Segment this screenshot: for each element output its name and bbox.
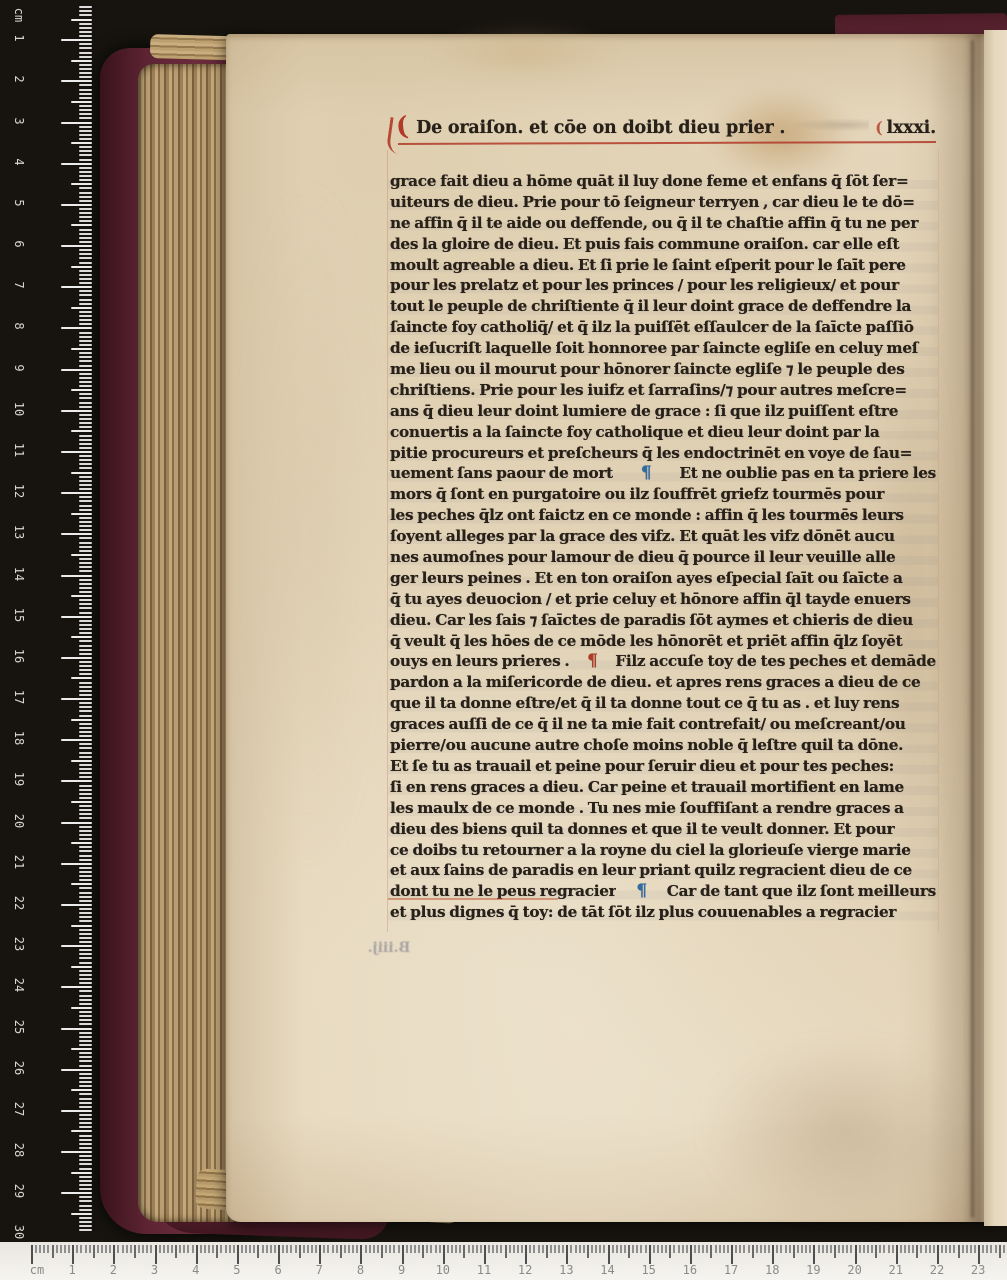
ruler-tick — [920, 1245, 922, 1253]
ruler-tick — [79, 846, 92, 848]
ruler-tick — [79, 1217, 92, 1219]
ruler-tick — [79, 319, 92, 321]
ruler-tick — [79, 715, 92, 717]
ruler-tick — [323, 1245, 325, 1253]
ruler-number: 28 — [12, 1137, 26, 1163]
ruler-tick — [79, 352, 92, 354]
ruler-tick — [262, 1245, 264, 1253]
ruler-tick — [79, 43, 92, 45]
ruler-tick — [79, 583, 92, 585]
ruler-tick — [183, 1245, 185, 1253]
ruler-tick — [492, 1245, 494, 1253]
body-line: de ieſucriſt laquelle ſoit honnoree par … — [390, 338, 936, 359]
ruler-tick — [79, 249, 92, 251]
ruler-tick — [739, 1245, 741, 1253]
ruler-tick — [89, 1245, 91, 1253]
ruler-tick — [79, 620, 92, 622]
ruler-tick — [79, 624, 92, 626]
ruler-tick — [241, 1245, 243, 1253]
ruler-tick — [79, 908, 92, 910]
ruler-tick — [583, 1245, 585, 1253]
ruler-tick — [61, 122, 92, 124]
ruler-number: 22 — [930, 1263, 944, 1277]
ruler-tick — [727, 1245, 729, 1253]
ruler-tick — [661, 1245, 663, 1253]
ruler-tick — [657, 1245, 659, 1253]
gutter-crease — [971, 40, 974, 1218]
ruler-tick — [79, 278, 92, 280]
body-line: q̄ tu ayes deuocion / et prie celuy et h… — [390, 589, 936, 610]
ruler-tick — [79, 187, 92, 189]
ruler-tick — [79, 1098, 92, 1100]
ruler-tick — [79, 14, 92, 16]
ruler-tick — [624, 1245, 626, 1253]
ruler-tick — [422, 1245, 424, 1258]
ruler-tick — [79, 138, 92, 140]
ruler-tick — [179, 1245, 181, 1253]
ruler-tick — [79, 1118, 92, 1120]
ruler-tick — [79, 566, 92, 568]
ruler-tick — [138, 1245, 140, 1253]
ruler-tick — [79, 710, 92, 712]
ruler-tick — [163, 1245, 165, 1253]
ruler-tick — [79, 488, 92, 490]
ruler-tick — [79, 463, 92, 465]
ruler-tick — [117, 1245, 119, 1253]
ruler-tick — [71, 224, 92, 226]
ruler-tick — [71, 307, 92, 309]
ruler-tick — [719, 1245, 721, 1253]
ruler-tick — [356, 1245, 358, 1253]
body-text: grace fait dieu a hōme quāt il luy done … — [390, 171, 936, 923]
ruler-tick — [776, 1245, 778, 1253]
ruler-tick — [208, 1245, 210, 1253]
ruler-tick — [888, 1245, 890, 1253]
body-line: nes aumoſnes pour lamour de dieu q̄ pour… — [390, 547, 936, 568]
ruler-tick — [451, 1245, 453, 1253]
ruler-tick — [958, 1245, 960, 1258]
ruler-tick — [426, 1245, 428, 1253]
ruler-tick — [772, 1245, 774, 1264]
bottom-ruler: cm1234567891011121314151617181920212223 — [0, 1242, 1007, 1280]
ruler-tick — [79, 422, 92, 424]
ruler-tick — [79, 867, 92, 869]
ruler-tick — [579, 1245, 581, 1253]
ruler-tick — [225, 1245, 227, 1253]
ruler-tick — [134, 1245, 136, 1258]
ruler-number: 12 — [518, 1263, 532, 1277]
ruler-tick — [79, 134, 92, 136]
ruler-tick — [286, 1245, 288, 1253]
ruler-tick — [61, 616, 92, 618]
ruler-tick — [79, 1209, 92, 1211]
ruler-tick — [79, 64, 92, 66]
ruler-tick — [79, 480, 92, 482]
ruler-tick — [79, 196, 92, 198]
ruler-tick — [79, 756, 92, 758]
ruler-tick — [71, 389, 92, 391]
ruler-tick — [463, 1245, 465, 1258]
ruler-tick — [79, 706, 92, 708]
ruler-tick — [79, 426, 92, 428]
ruler-tick — [79, 311, 92, 313]
ruler-tick — [79, 727, 92, 729]
ruler-tick — [79, 855, 92, 857]
ruler-number: 17 — [12, 684, 26, 710]
ruler-number: 6 — [12, 231, 26, 257]
ruler-tick — [702, 1245, 704, 1253]
ruler-tick — [79, 916, 92, 918]
ruler-tick — [373, 1245, 375, 1253]
ruler-tick — [79, 1093, 92, 1095]
ruler-tick — [60, 1245, 62, 1253]
ruler-tick — [79, 1019, 92, 1021]
ruler-tick — [562, 1245, 564, 1253]
ruler-tick — [79, 150, 92, 152]
ruler-tick — [871, 1245, 873, 1253]
ruler-tick — [79, 920, 92, 922]
ruler-tick — [79, 241, 92, 243]
ruler-tick — [159, 1245, 161, 1253]
ruler-tick — [79, 562, 92, 564]
ruler-tick — [79, 365, 92, 367]
ruler-tick — [79, 381, 92, 383]
ruler-tick — [79, 476, 92, 478]
ruler-number: 10 — [12, 396, 26, 422]
ruler-tick — [79, 974, 92, 976]
ruler-tick — [61, 863, 92, 865]
ruler-tick — [855, 1245, 857, 1264]
ruler-number: 15 — [641, 1263, 655, 1277]
ruler-tick — [645, 1245, 647, 1253]
ruler-tick — [79, 937, 92, 939]
ruler-tick — [616, 1245, 618, 1253]
ruler-tick — [381, 1245, 383, 1258]
ruler-tick — [327, 1245, 329, 1253]
ruler-tick — [61, 369, 92, 371]
ruler-tick — [79, 397, 92, 399]
ruler-tick — [61, 245, 92, 247]
ruler-tick — [79, 1180, 92, 1182]
ruler-tick — [867, 1245, 869, 1253]
ruler-tick — [61, 1192, 92, 1194]
ruler-tick — [43, 1245, 45, 1253]
body-line: tout le peuple de chriſtiente q̄ il leur… — [390, 296, 936, 317]
body-line: ger leurs peines . Et en ton oraiſon aye… — [390, 568, 936, 589]
ruler-tick — [146, 1245, 148, 1253]
ruler-tick — [628, 1245, 630, 1258]
ruler-tick — [79, 673, 92, 675]
ruler-tick — [756, 1245, 758, 1253]
ruler-tick — [79, 1159, 92, 1161]
ruler-number: 23 — [971, 1263, 985, 1277]
ruler-tick — [71, 801, 92, 803]
ruler-tick — [743, 1245, 745, 1253]
ruler-tick — [79, 999, 92, 1001]
ruler-tick — [79, 97, 92, 99]
ruler-number: 4 — [192, 1263, 199, 1277]
ruler-tick — [846, 1245, 848, 1253]
body-line: ſoyent alleges par la grace des vifz. Et… — [390, 526, 936, 547]
ruler-tick — [79, 529, 92, 531]
ruler-tick — [299, 1245, 301, 1258]
ruler-tick — [79, 1073, 92, 1075]
ruler-tick — [369, 1245, 371, 1253]
ruler-tick — [79, 690, 92, 692]
ruler-tick — [71, 719, 92, 721]
ruler-tick — [79, 385, 92, 387]
ruler-tick — [130, 1245, 132, 1253]
ruler-tick — [79, 253, 92, 255]
ruler-tick — [61, 986, 92, 988]
ruler-tick — [443, 1245, 445, 1264]
body-line: moult agreable a dieu. Et ſi prie le ſai… — [390, 255, 936, 276]
ruler-tick — [79, 393, 92, 395]
ruler-tick — [79, 233, 92, 235]
ruler-tick — [892, 1245, 894, 1253]
ruler-tick — [295, 1245, 297, 1253]
ruler-tick — [575, 1245, 577, 1253]
ruler-tick — [595, 1245, 597, 1253]
ruler-tick — [257, 1245, 259, 1258]
ruler-tick — [79, 377, 92, 379]
ruler-number: 9 — [12, 355, 26, 381]
ruler-tick — [336, 1245, 338, 1253]
ruler-tick — [472, 1245, 474, 1253]
ruler-tick — [344, 1245, 346, 1253]
ruler-number: 4 — [12, 149, 26, 175]
ruler-tick — [79, 607, 92, 609]
ruler-tick — [79, 1168, 92, 1170]
ruler-tick — [79, 1114, 92, 1116]
ruler-tick — [266, 1245, 268, 1253]
ruler-tick — [79, 962, 92, 964]
ruler-tick — [863, 1245, 865, 1253]
ruler-number: 24 — [12, 972, 26, 998]
ruler-tick — [79, 805, 92, 807]
folio-number: lxxxi. — [887, 118, 937, 138]
ruler-tick — [517, 1245, 519, 1253]
ruler-tick — [550, 1245, 552, 1253]
ruler-tick — [79, 1205, 92, 1207]
ruler-tick — [61, 739, 92, 741]
ruler-tick — [79, 52, 92, 54]
ruler-tick — [995, 1245, 997, 1253]
ruler-tick — [962, 1245, 964, 1253]
ruler-number: 29 — [12, 1178, 26, 1204]
ruler-tick — [79, 237, 92, 239]
ruler-tick — [61, 1151, 92, 1153]
ruler-tick — [79, 1060, 92, 1062]
ruler-tick — [694, 1245, 696, 1253]
ruler-tick — [768, 1245, 770, 1253]
ruler-number: 13 — [12, 519, 26, 545]
ruler-tick — [79, 665, 92, 667]
body-line: uiteurs de dieu. Prie pour tō ſeigneur t… — [390, 192, 936, 213]
ruler-tick — [79, 270, 92, 272]
ruler-number: 6 — [274, 1263, 281, 1277]
ruler-tick — [79, 113, 92, 115]
ruler-tick — [56, 1245, 58, 1253]
ruler-tick — [468, 1245, 470, 1253]
ruler-tick — [71, 595, 92, 597]
ruler-number: 10 — [436, 1263, 450, 1277]
ruler-tick — [925, 1245, 927, 1253]
ruler-tick — [801, 1245, 803, 1253]
ruler-tick — [348, 1245, 350, 1253]
ruler-tick — [79, 1036, 92, 1038]
ruler-tick — [79, 27, 92, 29]
ruler-tick — [274, 1245, 276, 1253]
ruler-tick — [79, 435, 92, 437]
ruler-tick — [71, 1007, 92, 1009]
ruler-tick — [79, 542, 92, 544]
ruler-tick — [79, 813, 92, 815]
ruler-tick — [566, 1245, 568, 1264]
ruler-tick — [710, 1245, 712, 1258]
ruler-number: 23 — [12, 931, 26, 957]
ruler-tick — [79, 208, 92, 210]
left-ruler: cm12345678910111213141516171819202122232… — [0, 0, 96, 1242]
ruler-tick — [71, 472, 92, 474]
ruler-tick — [233, 1245, 235, 1253]
ruler-number: 11 — [477, 1263, 491, 1277]
ruler-tick — [79, 521, 92, 523]
ruler-tick — [79, 546, 92, 548]
ruler-tick — [79, 1176, 92, 1178]
ruler-tick — [71, 430, 92, 432]
ruler-tick — [79, 117, 92, 119]
ruler-tick — [64, 1245, 66, 1253]
ruler-tick — [79, 772, 92, 774]
ruler-tick — [61, 410, 92, 412]
ruler-tick — [398, 1245, 400, 1253]
body-line: graces auſſi de ce q̄ il ne ta mie fait … — [390, 714, 936, 735]
ruler-tick — [859, 1245, 861, 1253]
ruler-tick — [282, 1245, 284, 1253]
body-line: pour les prelatz et pour les princes / p… — [390, 275, 936, 296]
ruler-tick — [122, 1245, 124, 1253]
ruler-tick — [245, 1245, 247, 1253]
ruler-tick — [237, 1245, 239, 1264]
ruler-tick — [79, 1139, 92, 1141]
ruler-tick — [476, 1245, 478, 1253]
ruler-tick — [79, 299, 92, 301]
ruler-tick — [966, 1245, 968, 1253]
ruler-tick — [79, 735, 92, 737]
ruler-tick — [79, 1065, 92, 1067]
ruler-tick — [678, 1245, 680, 1253]
ruler-tick — [764, 1245, 766, 1253]
body-line: q̄ veult q̄ les hōes de ce mōde les hōno… — [390, 631, 936, 652]
ruler-tick — [842, 1245, 844, 1253]
ruler-tick — [706, 1245, 708, 1253]
ruler-tick — [71, 142, 92, 144]
ruler-tick — [61, 451, 92, 453]
ruler-tick — [76, 1245, 78, 1253]
ruler-tick — [79, 31, 92, 33]
ruler-tick — [71, 513, 92, 515]
ruler-tick — [509, 1245, 511, 1253]
ruler-tick — [105, 1245, 107, 1253]
ruler-tick — [79, 418, 92, 420]
margin-ruling-left — [387, 150, 388, 932]
ruler-number: 26 — [12, 1055, 26, 1081]
ruler-tick — [79, 294, 92, 296]
ruler-unit-label: cm — [30, 1263, 44, 1277]
ruler-tick — [79, 1155, 92, 1157]
ruler-tick — [949, 1245, 951, 1253]
ruler-tick — [546, 1245, 548, 1258]
ruler-tick — [488, 1245, 490, 1253]
ruler-tick — [79, 229, 92, 231]
ruler-tick — [904, 1245, 906, 1253]
ruler-tick — [216, 1245, 218, 1258]
ruler-tick — [79, 653, 92, 655]
ruler-tick — [79, 1221, 92, 1223]
ruler-tick — [406, 1245, 408, 1253]
ruler-number: 13 — [559, 1263, 573, 1277]
ruler-number: 18 — [12, 725, 26, 751]
ruler-tick — [79, 933, 92, 935]
ruler-tick — [192, 1245, 194, 1253]
ruler-tick — [682, 1245, 684, 1253]
ruler-tick — [79, 175, 92, 177]
ruler-tick — [79, 929, 92, 931]
ruler-number: 8 — [12, 313, 26, 339]
ruler-tick — [79, 1023, 92, 1025]
ruler-tick — [953, 1245, 955, 1253]
ruler-number: 5 — [12, 190, 26, 216]
ruler-tick — [79, 443, 92, 445]
ruler-tick — [990, 1245, 992, 1253]
ruler-tick — [39, 1245, 41, 1253]
ruler-tick — [752, 1245, 754, 1258]
ruler-tick — [71, 677, 92, 679]
ruler-tick — [79, 414, 92, 416]
ruler-tick — [79, 871, 92, 873]
ruler-tick — [435, 1245, 437, 1253]
ruler-tick — [79, 496, 92, 498]
ruler-tick — [79, 154, 92, 156]
ruler-tick — [79, 56, 92, 58]
ruler-tick — [253, 1245, 255, 1253]
ruler-tick — [303, 1245, 305, 1253]
ruler-tick — [315, 1245, 317, 1253]
body-line: ans q̄ dieu leur doint lumiere de grace … — [390, 401, 936, 422]
ruler-tick — [529, 1245, 531, 1253]
ruler-tick — [500, 1245, 502, 1253]
ruler-tick — [270, 1245, 272, 1253]
ruler-tick — [542, 1245, 544, 1253]
ruler-tick — [61, 533, 92, 535]
ruler-tick — [79, 793, 92, 795]
ruler-tick — [79, 887, 92, 889]
ruler-tick — [79, 323, 92, 325]
ruler-tick — [79, 220, 92, 222]
ruler-tick — [61, 327, 92, 329]
chapter-header: ( De oraiſon. et cōe on doibt dieu prier… — [396, 110, 936, 140]
ruler-tick — [879, 1245, 881, 1253]
ruler-tick — [79, 995, 92, 997]
body-line: dieu des biens quil ta donnes et que il … — [390, 819, 936, 840]
ruler-tick — [79, 879, 92, 881]
ruler-tick — [79, 686, 92, 688]
ruler-tick — [307, 1245, 309, 1253]
ruler-tick — [79, 1052, 92, 1054]
ruler-tick — [447, 1245, 449, 1253]
ruler-tick — [79, 1040, 92, 1042]
